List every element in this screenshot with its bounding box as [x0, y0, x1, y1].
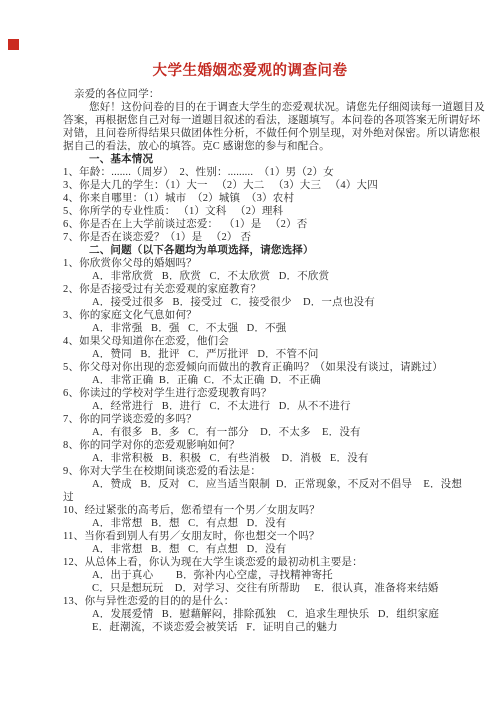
intro-line: 据自己的看法，放心的填答。克C 感谢您的参与和配合。 [63, 140, 480, 153]
intro-line: 对错，且问卷所得结果只做团体性分析，不做任何个别呈现，对外绝对保密。所以请您根 [63, 127, 480, 140]
question-line: 1、年龄：.......（周岁） 2、性别：......... （1）男（2）女 [63, 166, 480, 179]
question-line: 8、你的同学对你的恋爱观影响如何？ [63, 439, 480, 452]
options-line: E．赶潮流，不谈恋爱会被笑话 F．证明自己的魅力 [63, 621, 480, 634]
greeting-line: 亲爱的各位同学： [63, 88, 480, 101]
options-line: A．非常正确 B．正确 C．不太正确 D．不正确 [63, 374, 480, 387]
section-heading: 一、基本情况 [63, 153, 480, 166]
options-line: A．非常欣赏 B．欣赏 C．不太欣赏 D．不欣赏 [63, 270, 480, 283]
options-line: A．非常强 B．强 C．不太强 D．不强 [63, 322, 480, 335]
options-line: A．非常积极 B．积极 C．有些消极 D．消极 E．没有 [63, 452, 480, 465]
question-line: 10、经过紧张的高考后，您希望有一个男／女朋友吗？ [63, 504, 480, 517]
question-line: 12、从总体上看，你认为现在大学生谈恋爱的最初动机主要是： [63, 556, 480, 569]
document-lines: 亲爱的各位同学：您好！这份问卷的目的在于调查大学生的恋爱观状况。请您先仔细阅读每… [63, 88, 480, 634]
question-line: 4、如果父母知道你在恋爱，他们会 [63, 335, 480, 348]
options-line: A．接受过很多 B．接受过 C．接受很少 D．一点也没有 [63, 296, 480, 309]
document-content: 大学生婚姻恋爱观的调查问卷 亲爱的各位同学：您好！这份问卷的目的在于调查大学生的… [63, 63, 480, 634]
question-line: 5、你父母对你出现的恋爱倾向而做出的教育正确吗？（如果没有谈过，请跳过） [63, 361, 480, 374]
options-line: A．发展爱情 B．慰藉解闷，排除孤独 C．追求生理快乐 D．组织家庭 [63, 608, 480, 621]
question-line: 6、你是否在上大学前谈过恋爱： （1）是 （2）否 [63, 218, 480, 231]
question-line: 2、你是否接受过有关恋爱观的家庭教育？ [63, 283, 480, 296]
question-line: 7、你的同学谈恋爱的多吗？ [63, 413, 480, 426]
options-line: A．赞同 B．批评 C．严厉批评 D．不管不问 [63, 348, 480, 361]
intro-line: 您好！这份问卷的目的在于调查大学生的恋爱观状况。请您先仔细阅读每一道题目及 [63, 101, 480, 114]
question-line: 7、你是否在谈恋爱？（1）是 （2） 否 [63, 231, 480, 244]
options-line: A．非常想 B．想 C．有点想 D．没有 [63, 543, 480, 556]
question-line: 13、你与异性恋爱的目的的是什么： [63, 595, 480, 608]
intro-line: 答案，再根据您自己对每一道题目叙述的看法，逐题填写。本问卷的各项答案无所谓好坏 [63, 114, 480, 127]
continuation-line: 过 [63, 491, 480, 504]
question-line: 1、你欣赏你父母的婚姻吗？ [63, 257, 480, 270]
red-corner-marker [8, 39, 19, 50]
question-line: 4、你来自哪里：（1）城市 （2）城镇 （3）农村 [63, 192, 480, 205]
options-line: A．非常想 B．想 C．有点想 D．没有 [63, 517, 480, 530]
options-line: A．经常进行 B．进行 C．不太进行 D．从不不进行 [63, 400, 480, 413]
options-line: A．赞成 B．反对 C．应当适当限制 D．正常现象，不反对不倡导 E．没想 [63, 478, 480, 491]
question-line: 11、当你看到别人有男／女朋友时，你也想交一个吗？ [63, 530, 480, 543]
questionnaire-page: 大学生婚姻恋爱观的调查问卷 亲爱的各位同学：您好！这份问卷的目的在于调查大学生的… [0, 0, 500, 707]
question-line: 6、你读过的学校对学生进行恋爱现教育吗？ [63, 387, 480, 400]
question-line: 9、你对大学生在校期间谈恋爱的看法是： [63, 465, 480, 478]
document-title: 大学生婚姻恋爱观的调查问卷 [63, 63, 437, 79]
options-line: A．有很多 B．多 C．有一部分 D．不太多 E．没有 [63, 426, 480, 439]
question-line: 5、你所学的专业性质： （1）文科 （2）理科 [63, 205, 480, 218]
options-line: C．只是想玩玩 D．对学习、交往有所帮助 E．很认真，准备将来结婚 [63, 582, 480, 595]
section-heading: 二、问题（以下各题均为单项选择，请您选择） [63, 244, 480, 257]
options-line: A．出于真心 B．弥补内心空虚，寻找精神寄托 [63, 569, 480, 582]
question-line: 3、你是大几的学生：（1）大一 （2）大二 （3）大三 （4）大四 [63, 179, 480, 192]
question-line: 3、你的家庭文化气息如何？ [63, 309, 480, 322]
